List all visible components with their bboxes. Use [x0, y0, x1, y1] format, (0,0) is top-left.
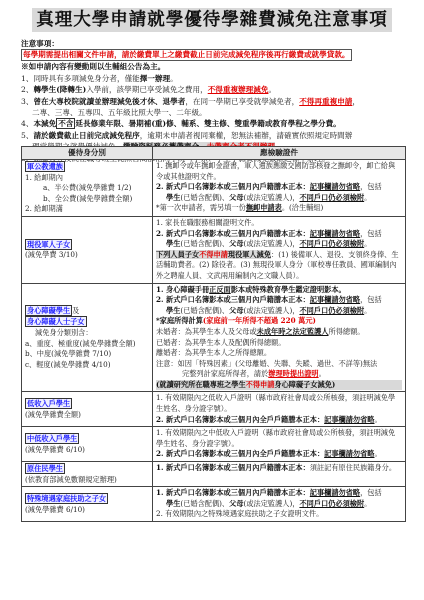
category-tag: 原住民學生 [25, 463, 65, 474]
eligibility-table: 優待身分別 應檢驗證件 軍公教遺族 1. 給卹期內 a、半公費(減免學雜費 1/… [21, 146, 406, 522]
header-documents: 應檢驗證件 [153, 147, 406, 160]
documents-cell: 1. 新式戶口名簿影本或三個月內戶籍謄本正本：須註記有原住民族籍身分。 [153, 462, 406, 487]
table-row: 特殊境遇家庭扶助之子女 (減免學雜費 6/10) 1. 新式戶口名簿影本或三個月… [22, 487, 406, 522]
category-cell: 身心障礙學生及 身心障礙人士子女 減免身分類別含： a、重度、極重度(減免學雜費… [22, 283, 153, 392]
category-tag: 軍公教遺族 [25, 161, 65, 172]
documents-cell: 1. 有效期限內之低收入戶證明（縣市政府社會局或公所核發，須註明減免學生姓名、身… [153, 392, 406, 427]
notes-heading: 注意事項： [21, 38, 416, 49]
category-tag: 現役軍人子女 [25, 239, 72, 250]
category-cell: 原住民學生 (依教育部減免數額規定辦理) [22, 462, 153, 487]
category-cell: 現役軍人子女 (減免學費 3/10) [22, 216, 153, 283]
remark: ※如申請內容有變動則以生輔組公告為主。 [21, 61, 416, 72]
note-item-1: 1、同時具有多項減免身分者，僅能擇一辦理。 [21, 73, 416, 84]
category-tag: 低收入戶學生 [25, 398, 72, 409]
table-row: 身心障礙學生及 身心障礙人士子女 減免身分類別含： a、重度、極重度(減免學雜費… [22, 283, 406, 392]
note-item-2: 2、轉學生(降轉生)入學前，該學期已享受減免之費用，不得重複辦理減免。 [21, 84, 416, 95]
table-row: 原住民學生 (依教育部減免數額規定辦理) 1. 新式戶口名簿影本或三個月內戶籍謄… [22, 462, 406, 487]
red-notice: 每學期需提出相關文件申請，請於繳費單上之繳費截止日前完成減免程序後再行繳費或就學… [21, 49, 352, 61]
table-header-row: 優待身分別 應檢驗證件 [22, 147, 406, 160]
category-cell: 軍公教遺族 1. 給卹期內 a、半公費(減免學雜費 1/2) b、全公費(減免學… [22, 160, 153, 217]
category-cell: 特殊境遇家庭扶助之子女 (減免學雜費 6/10) [22, 487, 153, 522]
table-row: 軍公教遺族 1. 給卹期內 a、半公費(減免學雜費 1/2) b、全公費(減免學… [22, 160, 406, 217]
documents-cell: 1. 身心障礙手冊正反面影本或特殊教育學生鑑定證明影本。 2. 新式戶口名簿影本… [153, 283, 406, 392]
document-page: 真理大學申請就學優待學雜費減免注意事項 注意事項： 每學期需提出相關文件申請，請… [0, 0, 424, 600]
category-cell: 中低收入戶學生 (減免學雜費 6/10) [22, 427, 153, 462]
table-row: 現役軍人子女 (減免學費 3/10) 1. 家長在職服務相關證明文件。 2. 新… [22, 216, 406, 283]
header-category: 優待身分別 [22, 147, 153, 160]
documents-cell: 1. 新式戶口名簿影本或三個月內戶籍謄本正本：記事欄請勿省略，包括 學生(已婚含… [153, 487, 406, 522]
table-row: 低收入戶學生 (減免學雜費全額) 1. 有效期限內之低收入戶證明（縣市政府社會局… [22, 392, 406, 427]
note-item-3: 3、曾在大專校院就讀並辦理減免後才休、退學者，在同一學期已享受就學減免者，不得再… [21, 96, 416, 119]
category-cell: 低收入戶學生 (減免學雜費全額) [22, 392, 153, 427]
category-tag: 身心障礙人士子女 [25, 316, 87, 327]
documents-cell: 1. 有效期限內之中低收入戶證明（縣市政府社會局或公所核發，須註明減免學生姓名、… [153, 427, 406, 462]
documents-cell: 1. 家長在職服務相關證明文件。 2. 新式戶口名簿影本或三個月內戶籍謄本正本：… [153, 216, 406, 283]
category-tag: 中低收入戶學生 [25, 433, 79, 444]
page-title: 真理大學申請就學優待學雜費減免注意事項 [32, 8, 392, 32]
category-tag: 特殊境遇家庭扶助之子女 [25, 493, 108, 504]
title-wrap: 真理大學申請就學優待學雜費減免注意事項 [0, 8, 424, 32]
category-tag: 身心障礙學生 [25, 305, 72, 316]
table-row: 中低收入戶學生 (減免學雜費 6/10) 1. 有效期限內之中低收入戶證明（縣市… [22, 427, 406, 462]
note-item-4: 4、本減免不含延長修業年限、暑期補(重)修、輔系、雙主修、雙重學籍或教育學程之學… [21, 118, 416, 129]
documents-cell: 1. 撫卹令或年撫卹金證書，軍人遺族應繳交國防部核發之撫卹令，卹亡給與令或其他證… [153, 160, 406, 217]
